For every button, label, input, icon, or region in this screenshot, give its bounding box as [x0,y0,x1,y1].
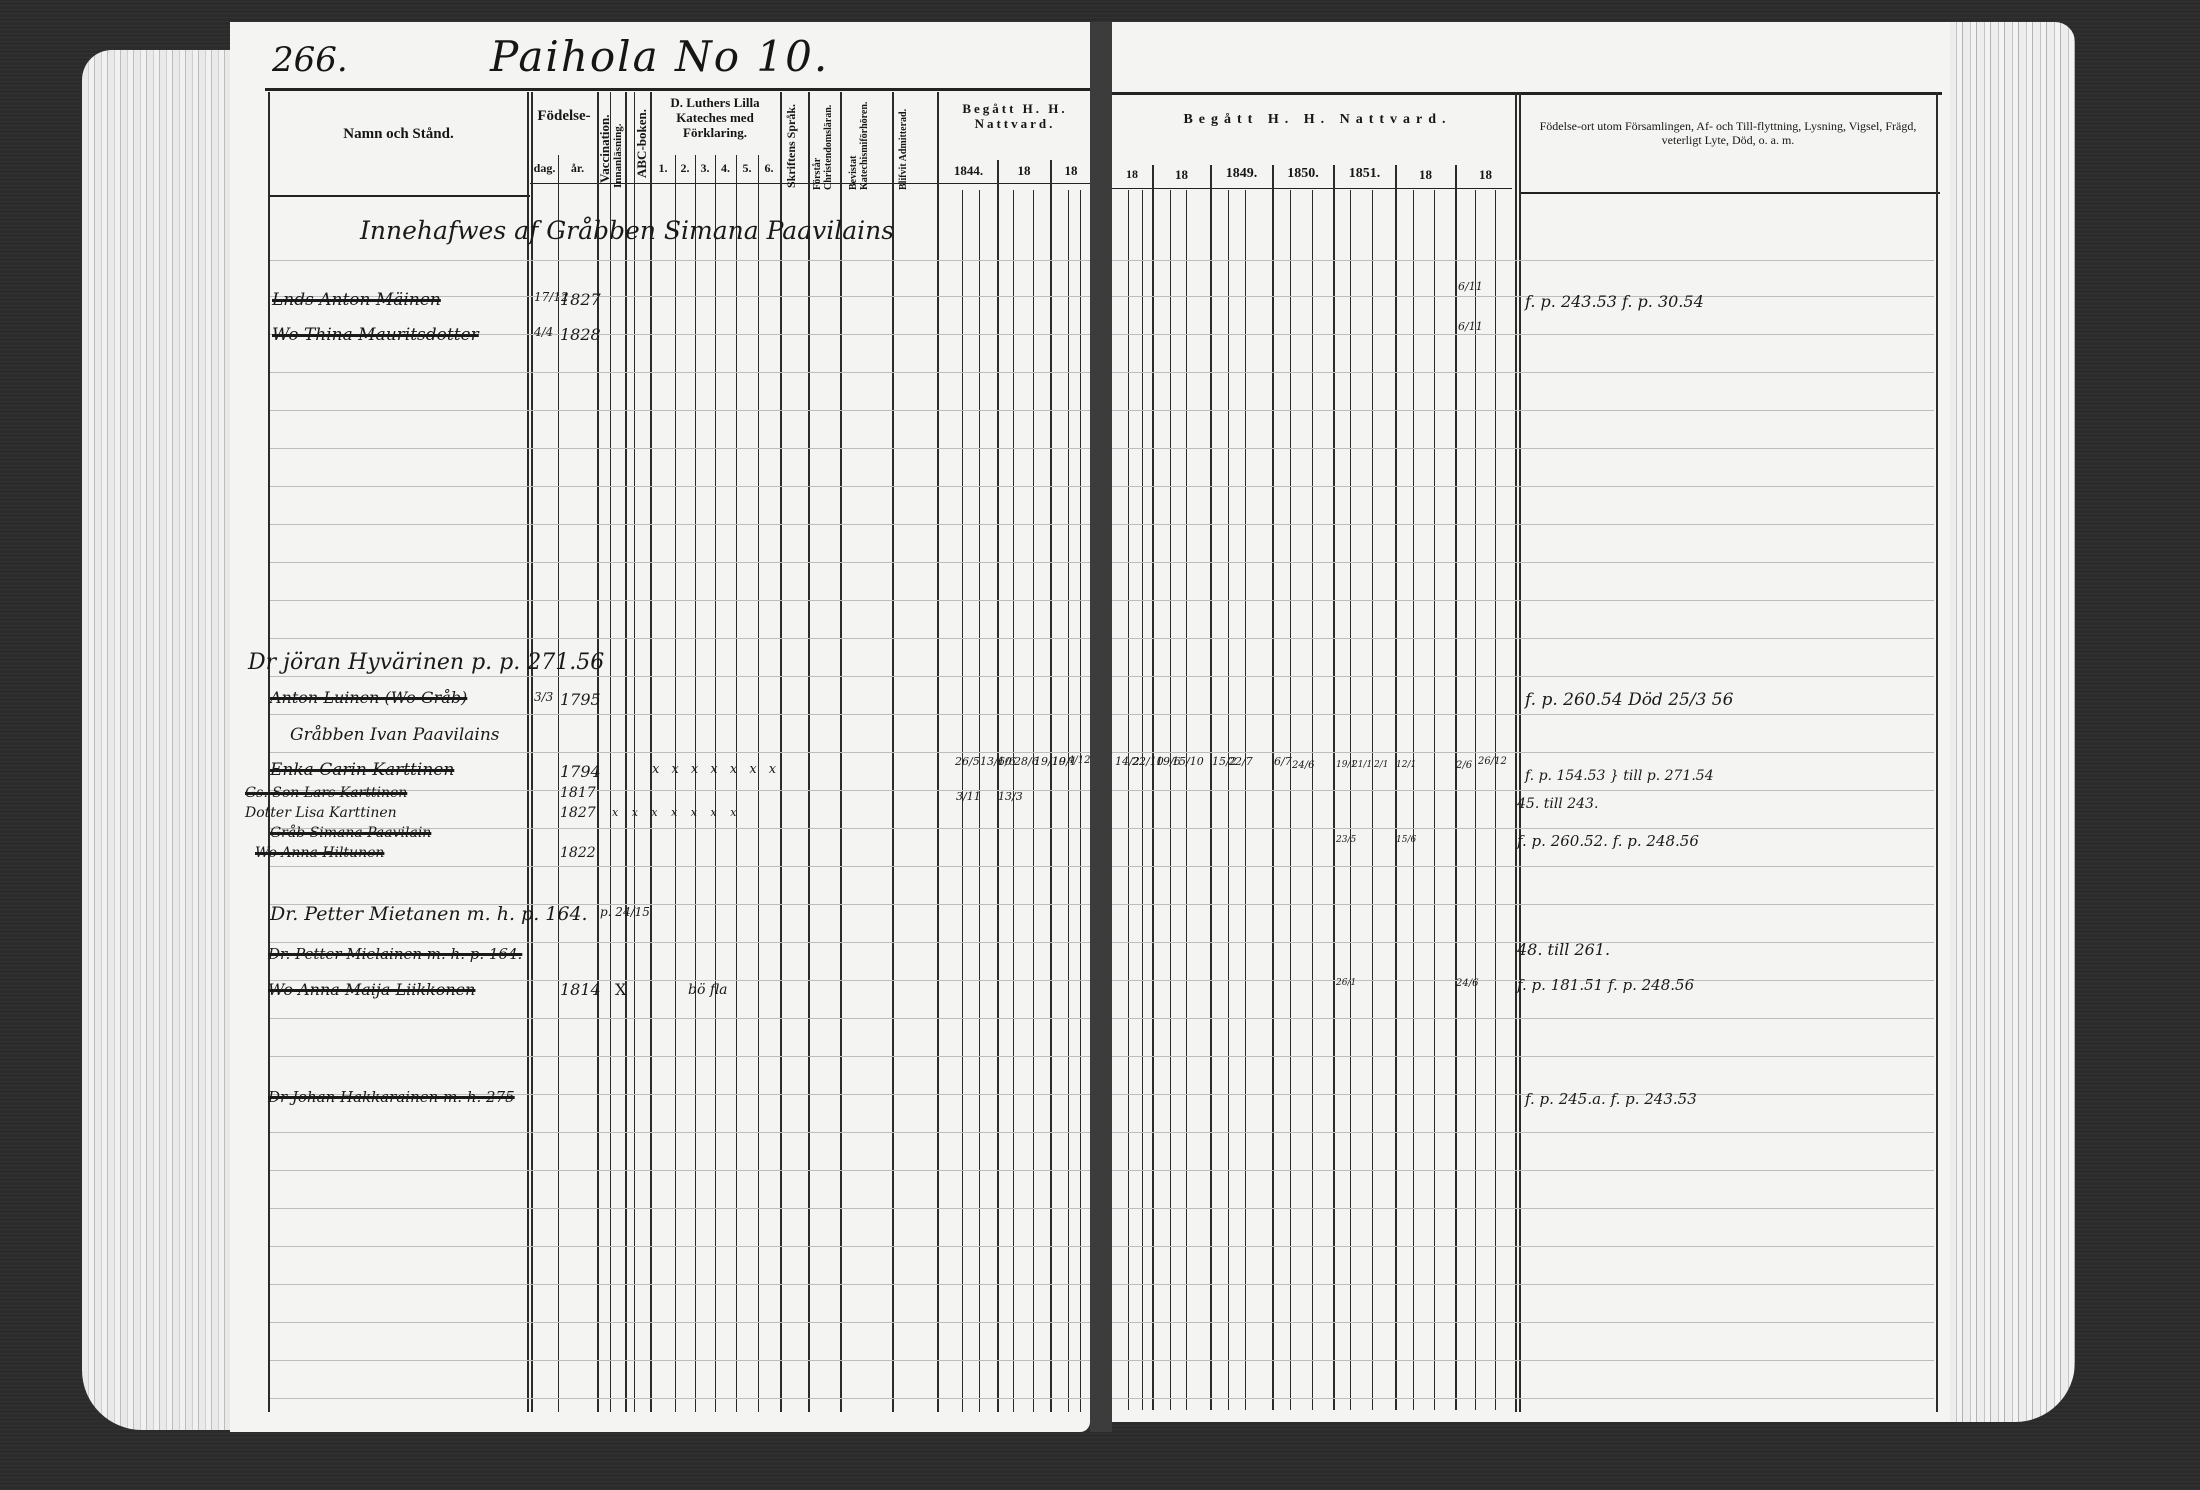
entry-name: Wo Thina Mauritsdotter [272,325,479,345]
rule [1170,190,1171,1410]
rule [758,155,759,1412]
rule [736,155,737,1412]
rule [1186,190,1187,1410]
row-line [270,638,1090,639]
header-birth-year: år. [558,162,597,176]
entry-name: Dotter Lisa Karttinen [245,805,397,821]
remark: 45. till 243. [1517,796,1598,812]
communion-date: 15/10 [1172,755,1204,768]
row-line [1112,372,1934,373]
communion-date: 23/5 [1336,835,1356,845]
row-line [270,1018,1090,1019]
row-line [270,1132,1090,1133]
row-line [1112,1284,1934,1285]
row-line [1112,1132,1934,1133]
catechism-col-3: 3. [695,162,715,176]
row-line [270,1170,1090,1171]
header-communion-right: Begått H. H. Nattvard. [1120,112,1515,128]
communion-date: 13/3 [998,790,1023,803]
rule [1372,190,1373,1410]
row-line [1112,714,1934,715]
row-line [270,1208,1090,1209]
entry-year: 1828 [560,325,601,344]
communion-date: 12/1 [1396,760,1416,770]
header-abc: ABC-boken. [634,109,650,178]
row-line [1112,600,1934,601]
village-title: Paihola No 10. [490,32,829,81]
communion-date: 15/6 [1396,835,1416,845]
communion-date: 4/12 [1068,755,1090,766]
rule [1434,190,1435,1410]
communion-date: 2/6 [1456,760,1472,771]
rule [1455,165,1457,1410]
header-birth: Födelse- [531,108,597,125]
rule [1312,190,1313,1410]
entry-year: 1814 [560,980,601,999]
remark: f. p. 245.a. f. p. 243.53 [1525,1090,1697,1108]
communion-date: 24/6 [1292,760,1314,771]
rule [695,155,696,1412]
year-col-2: 18 [998,164,1050,179]
row-line [270,260,1090,261]
rule [1475,190,1476,1410]
row-line [1112,1056,1934,1057]
year-col-r3: 1849. [1211,166,1272,182]
communion-date: 24/6 [1456,978,1478,989]
header-admitted: Blifvit Admitterad. [898,90,909,190]
entry-year: 1794 [560,762,601,781]
entry-name: Dr Johan Hakkarainen m. h. 275 [268,1088,515,1106]
rule [997,160,999,1412]
header-name: Namn och Stånd. [270,126,527,143]
entry-name: Dr. Petter Mielainen m. h. p. 164. [268,945,522,963]
row-line [270,942,1090,943]
rule [1936,92,1938,1412]
row-line [270,524,1090,525]
entry-name: Dr. Petter Mietanen m. h. p. 164. [270,903,588,925]
year-col-r2: 18 [1153,168,1210,183]
header-communion-left: Begått H. H. Nattvard. [940,102,1090,132]
rule [1228,190,1229,1410]
entry-year: 1795 [560,690,601,709]
entry-note: p. 24/15 [600,905,650,919]
row-line [1112,524,1934,525]
catechism-col-6: 6. [758,162,780,176]
rule [1033,190,1034,1412]
entry-name: Anton Luinen (Wo Gråb) [270,688,467,707]
row-line [270,1360,1090,1361]
catechism-col-2: 2. [675,162,695,176]
rule [1210,165,1212,1410]
header-attended: Bevistat Katechismiförhören. [848,90,870,190]
row-line [270,600,1090,601]
header-divider [270,195,530,197]
row-line [270,1056,1090,1057]
rule [1413,190,1414,1410]
row-line [1112,1398,1934,1399]
year-col-r5: 1851. [1334,166,1395,182]
remark: f. p. 260.52. f. p. 248.56 [1517,832,1699,850]
rule [1333,165,1335,1410]
row-line [1112,486,1934,487]
year-col-r1: 18 [1112,168,1152,182]
catechism-col-4: 4. [715,162,736,176]
entry-year: 1827 [560,290,601,309]
row-line [1112,1360,1934,1361]
row-line [1112,790,1934,791]
rule [675,155,676,1412]
header-remarks: Födelse-ort utom Församlingen, Af- och T… [1522,120,1934,148]
rule [1395,165,1397,1410]
book-edge-right [1935,22,2075,1422]
entry-day: 3/3 [534,690,553,704]
entry-year: 1817 [560,785,596,801]
row-line [270,1284,1090,1285]
rule [1152,165,1154,1410]
row-line [270,1398,1090,1399]
rule [1272,165,1274,1410]
row-line [270,410,1090,411]
entry-name: Gråb Simana Paavilain [270,825,431,841]
remark: 48. till 261. [1517,940,1610,959]
rule [1290,190,1291,1410]
header-divider [1520,192,1940,194]
rule [1495,190,1496,1410]
row-line [1112,562,1934,563]
row-line [1112,1018,1934,1019]
row-line [1112,752,1934,753]
communion-date: 21/1 [1352,760,1372,770]
communion-date: 26/5 [955,755,980,768]
communion-date: 26/1 [1336,978,1356,988]
rule [558,155,559,1412]
vaccination-mark: X [615,980,626,999]
communion-date: 6/11 [1458,320,1483,333]
register-table-right [1112,92,1942,1415]
catechism-col-5: 5. [736,162,758,176]
rule [1128,190,1129,1410]
row-line [270,1322,1090,1323]
communion-date: 6/11 [1458,280,1483,293]
row-line [270,486,1090,487]
entry-year: 1822 [560,845,596,861]
household-heading: Innehafwes af Gråbben Simana Paavilains [360,216,894,245]
register-table-left [265,88,1090,1411]
entry-name: Gs. Son Lars Karttinen [245,785,407,801]
row-line [1112,676,1934,677]
row-line [1112,866,1934,867]
entry-name: Gråbben Ivan Paavilains [290,725,500,745]
header-christianity: Förstår Christendomsläran. [812,90,834,190]
header-birth-day: dag. [531,162,558,176]
row-line [270,372,1090,373]
row-line [1112,410,1934,411]
entry-day: 4/4 [534,325,553,339]
header-vaccination: Vaccination. [597,115,613,184]
remark: f. p. 260.54 Död 25/3 56 [1525,690,1733,710]
row-line [270,1246,1090,1247]
catechism-marks: x x x x x x x [612,806,741,819]
year-col-r6: 18 [1396,168,1455,183]
communion-date: 2/1 [1374,760,1388,770]
catechism-col-1: 1. [652,162,674,176]
rule [1080,190,1081,1412]
row-line [1112,1094,1934,1095]
row-line [270,752,1090,753]
communion-date: 26/12 [1478,756,1507,767]
rule [1050,160,1052,1412]
row-line [1112,638,1934,639]
page-number: 266. [272,40,348,80]
entry-name: Lnds Anton Mäinen [272,290,441,310]
row-line [1112,1208,1934,1209]
year-col-3: 18 [1051,164,1091,179]
row-line [270,714,1090,715]
entry-name: Enka Carin Karttinen [270,760,454,780]
entry-year: 1827 [560,805,596,821]
row-line [1112,260,1934,261]
row-line [270,562,1090,563]
entry-name: Wo Anna Hiltunen [255,845,384,861]
row-line [1112,904,1934,905]
header-reading: Innanläsning. [612,123,624,188]
entry-name: Wo Anna Maija Liikkonen [268,980,475,999]
year-col-r7: 18 [1456,168,1515,183]
row-line [270,448,1090,449]
rule [715,155,716,1412]
header-catechism: D. Luthers Lilla Kateches med Förklaring… [652,96,778,141]
remark: f. p. 181.51 f. p. 248.56 [1517,976,1694,994]
rule [1245,190,1246,1410]
year-col-1: 1844. [940,164,997,179]
row-line [1112,448,1934,449]
row-line [270,676,1090,677]
row-line [270,866,1090,867]
remark: f. p. 243.53 f. p. 30.54 [1525,292,1704,311]
row-line [1112,1246,1934,1247]
header-scripture: Skriftens Språk. [784,104,799,188]
row-line [1112,1322,1934,1323]
communion-date: 6/7 [1274,755,1292,768]
remark: f. p. 154.53 } till p. 271.54 [1525,768,1714,784]
rule [1068,190,1069,1412]
row-line [1112,1170,1934,1171]
entry-name: Dr jöran Hyvärinen p. p. 271.56 [248,650,604,675]
header-divider [1112,188,1512,189]
communion-date: 22/7 [1228,755,1253,768]
rule [1142,190,1143,1410]
entry-note: bö fla [688,982,728,998]
communion-date: 3/11 [956,790,981,803]
row-line [1112,296,1934,297]
catechism-marks: x x x x x x x [652,762,780,777]
year-col-r4: 1850. [1273,166,1333,182]
row-line [1112,334,1934,335]
book-gutter [1090,22,1112,1432]
row-line [1112,828,1934,829]
rule [1350,190,1351,1410]
